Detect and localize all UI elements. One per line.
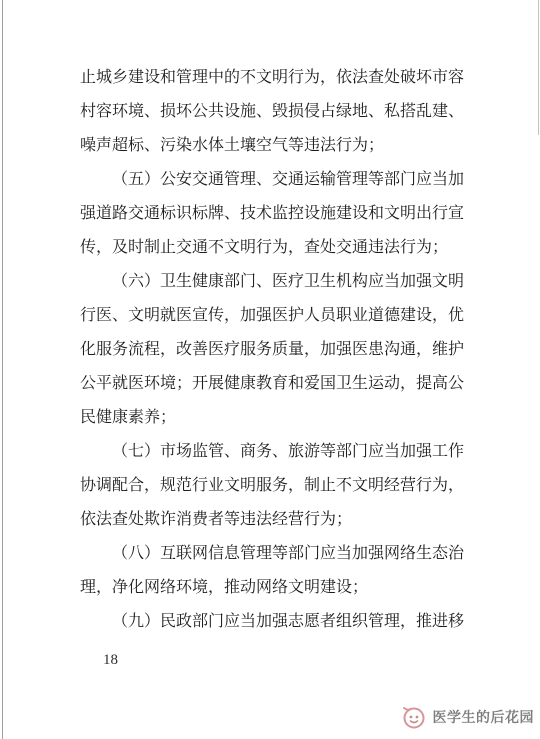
text-line: 强道路交通标识标牌、技术监控设施建设和文明出行宣 xyxy=(80,197,472,231)
brand-name: 医学生的后花园 xyxy=(433,707,535,727)
left-scan-border-line xyxy=(2,0,3,739)
text-line-paragraph-start: （五）公安交通管理、交通运输管理等部门应当加 xyxy=(80,163,472,197)
text-line: 协调配合，规范行业文明服务，制止不文明经营行为， xyxy=(80,469,472,503)
text-line-paragraph-start: （七）市场监管、商务、旅游等部门应当加强工作 xyxy=(80,435,472,469)
text-line: 民健康素养； xyxy=(80,401,472,435)
text-line-paragraph-start: （六）卫生健康部门、医疗卫生机构应当加强文明 xyxy=(80,265,472,299)
document-page: 止城乡建设和管理中的不文明行为，依法查处破坏市容 村容环境、损坏公共设施、毁损侵… xyxy=(0,0,540,739)
text-line-paragraph-start: （九）民政部门应当加强志愿者组织管理，推进移 xyxy=(80,605,472,639)
text-line-paragraph-start: （八）互联网信息管理等部门应当加强网络生态治 xyxy=(80,537,472,571)
text-line: 化服务流程，改善医疗服务质量，加强医患沟通，维护 xyxy=(80,333,472,367)
text-line: 理，净化网络环境，推动网络文明建设； xyxy=(80,571,472,605)
text-line: 行医、文明就医宣传，加强医护人员职业道德建设，优 xyxy=(80,299,472,333)
right-scan-border-line xyxy=(538,0,539,135)
page-number: 18 xyxy=(103,652,118,669)
document-text-block: 止城乡建设和管理中的不文明行为，依法查处破坏市容 村容环境、损坏公共设施、毁损侵… xyxy=(80,61,472,639)
text-line: 村容环境、损坏公共设施、毁损侵占绿地、私搭乱建、 xyxy=(80,95,472,129)
footer-watermark: 医学生的后花园 xyxy=(398,703,535,731)
text-line: 噪声超标、污染水体土壤空气等违法行为； xyxy=(80,129,472,163)
text-line: 传，及时制止交通不文明行为，查处交通违法行为； xyxy=(80,231,472,265)
garden-face-logo-icon xyxy=(398,703,428,731)
text-line: 公平就医环境；开展健康教育和爱国卫生运动，提高公 xyxy=(80,367,472,401)
text-line: 依法查处欺诈消费者等违法经营行为； xyxy=(80,503,472,537)
text-line: 止城乡建设和管理中的不文明行为，依法查处破坏市容 xyxy=(80,61,472,95)
